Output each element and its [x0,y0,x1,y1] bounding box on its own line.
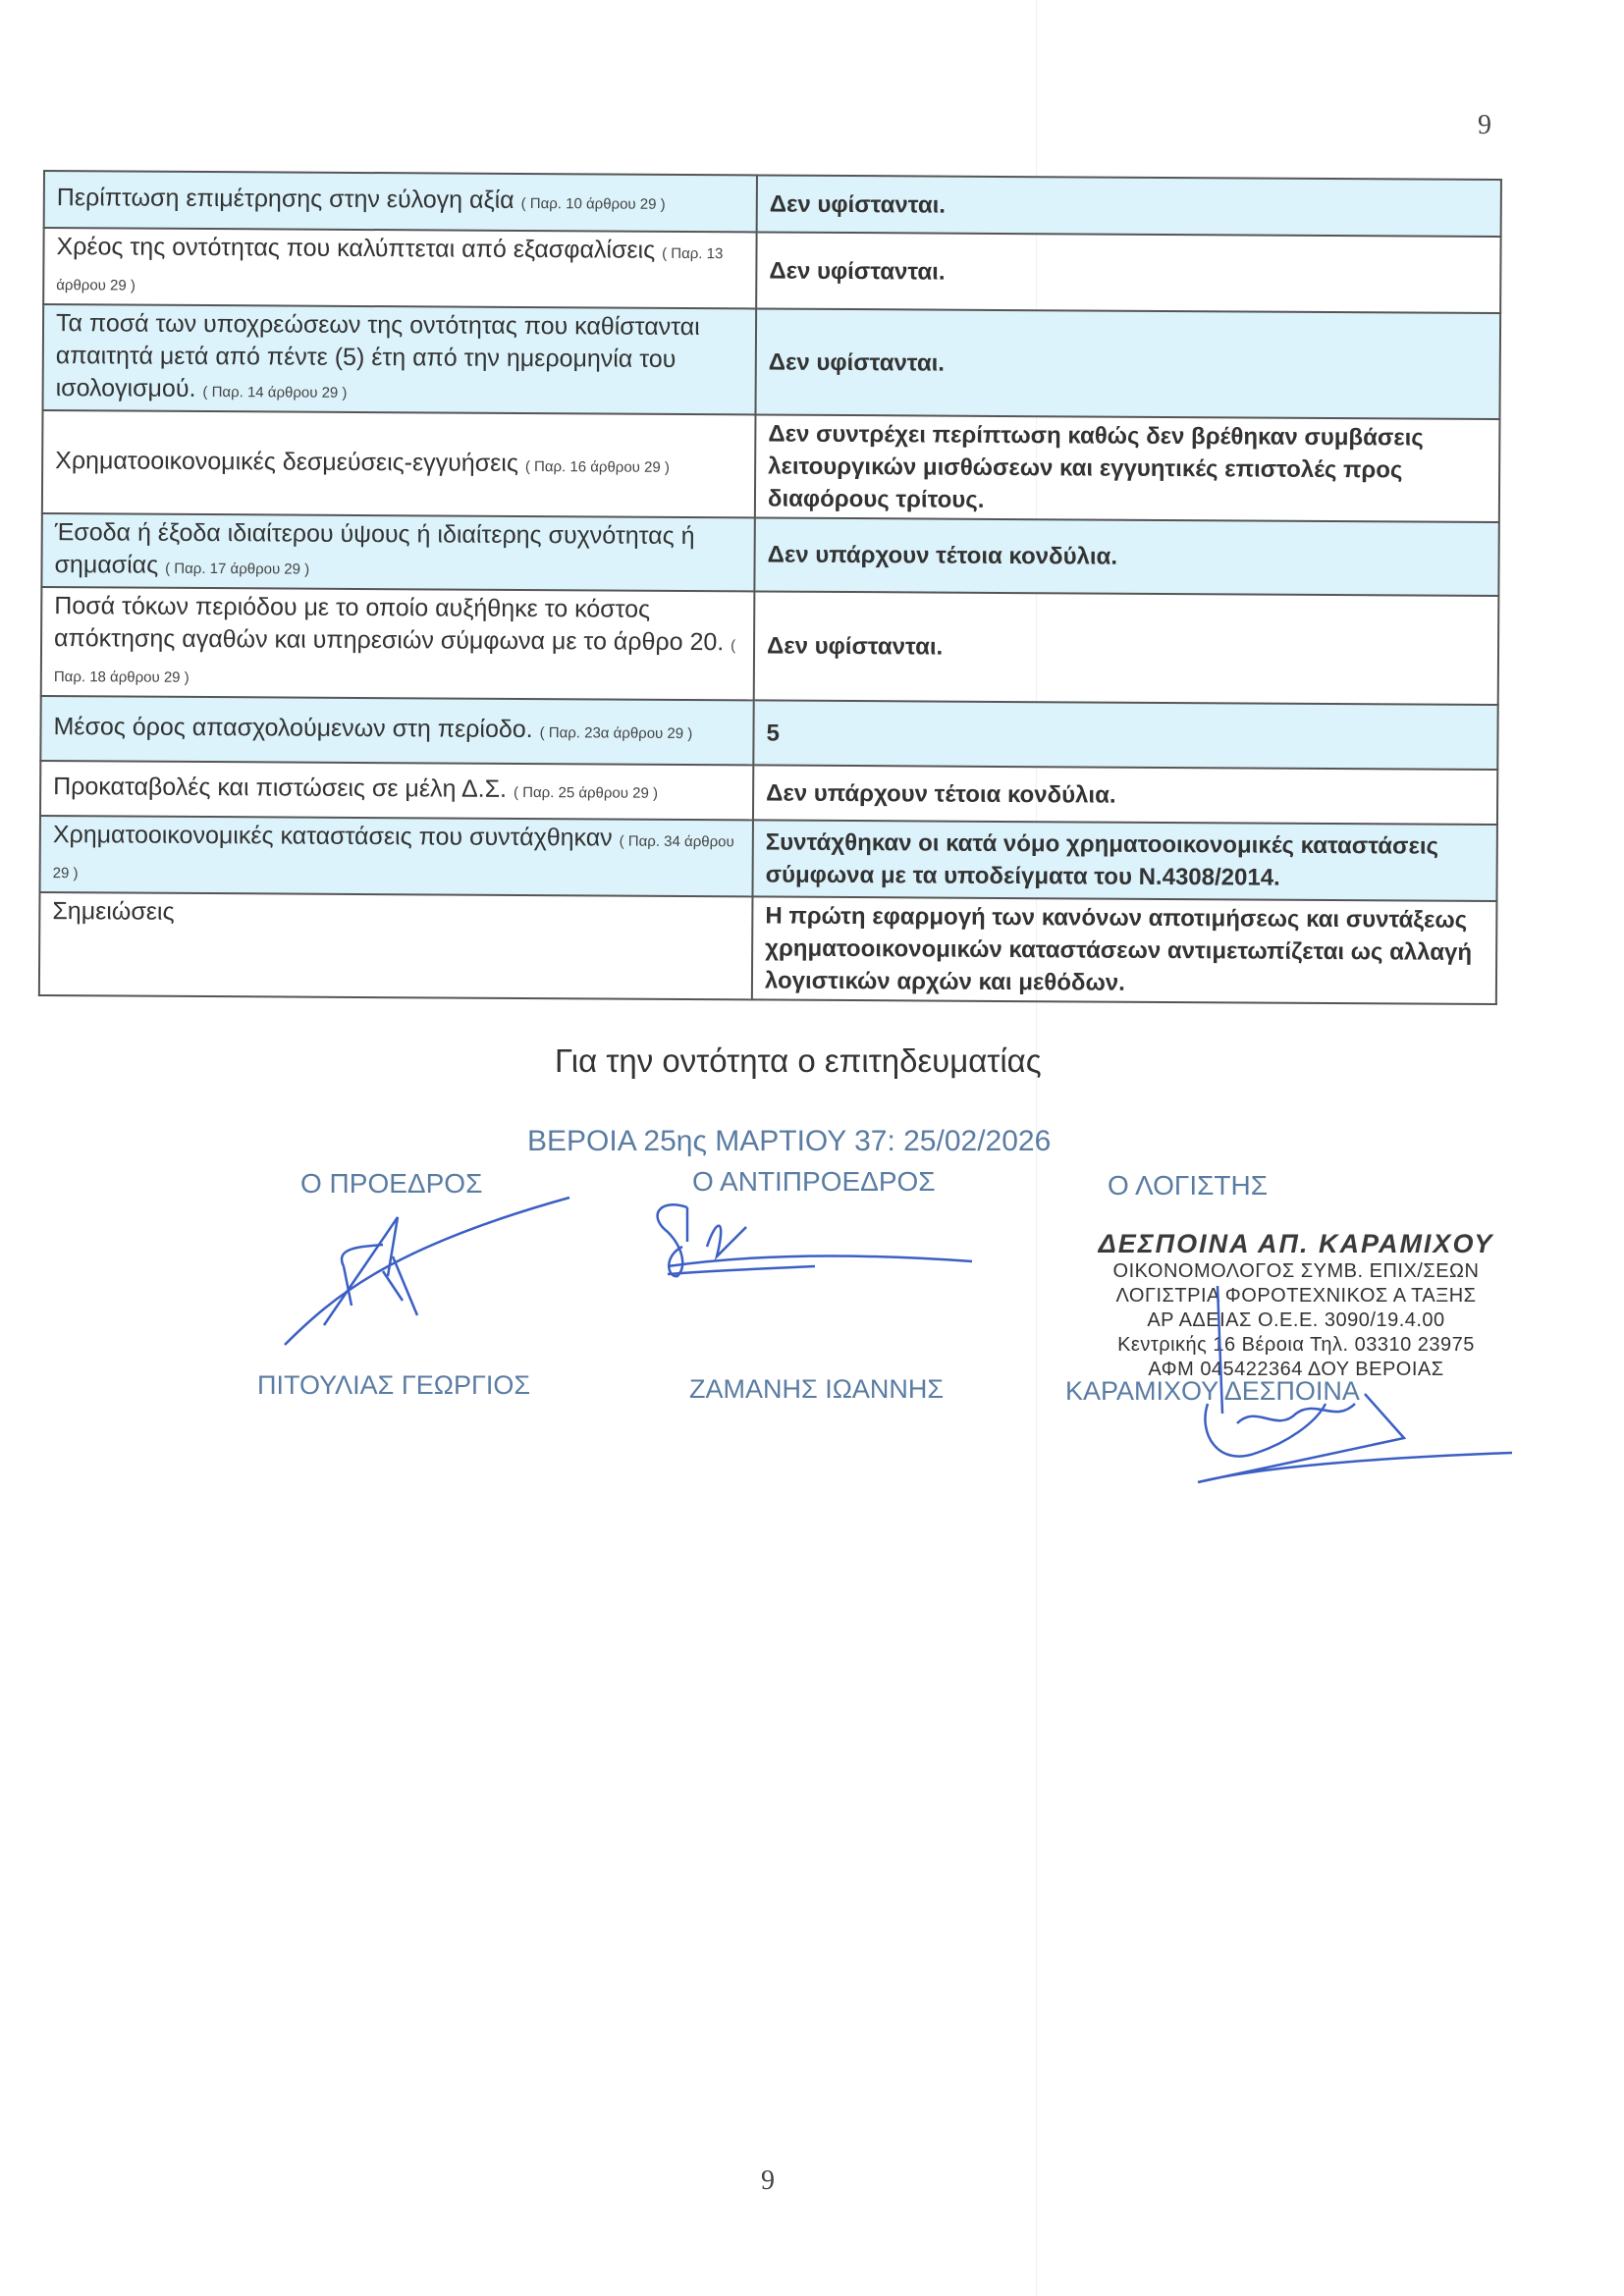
row-label: Μέσος όρος απασχολούμενων στη περίοδο. [53,713,532,743]
table-row: Περίπτωση επιμέτρησης στην εύλογη αξία (… [44,171,1501,237]
row-label-cell: Έσοδα ή έξοδα ιδιαίτερου ύψους ή ιδιαίτε… [41,513,754,591]
president-name: ΠΙΤΟΥΛΙΑΣ ΓΕΩΡΓΙΟΣ [257,1370,530,1401]
row-label: Προκαταβολές και πιστώσεις σε μέλη Δ.Σ. [53,773,507,803]
table-row: Χρηματοοικονομικές δεσμεύσεις-εγγυήσεις … [42,410,1500,522]
row-label: Περίπτωση επιμέτρησης στην εύλογη αξία [57,184,514,214]
row-label: Χρέος της οντότητας που καλύπτεται από ε… [56,233,655,264]
row-label-cell: Περίπτωση επιμέτρησης στην εύλογη αξία (… [44,171,757,232]
table-row: Μέσος όρος απασχολούμενων στη περίοδο. (… [40,696,1497,770]
table-row: Έσοδα ή έξοδα ιδιαίτερου ύψους ή ιδιαίτε… [41,513,1498,596]
place-date: ΒΕΡΟΙΑ 25ης ΜΑΡΤΙΟΥ 37: 25/02/2026 [527,1125,1051,1158]
row-label-cell: Σημειώσεις [39,892,753,999]
page-number-top: 9 [1478,110,1491,141]
row-value: Δεν υπάρχουν τέτοια κονδύλια. [754,517,1498,596]
vice-president-signature-icon [540,1188,795,1286]
row-label-cell: Χρηματοοικονομικές καταστάσεις που συντά… [40,816,753,896]
row-label: Τα ποσά των υποχρεώσεων της οντότητας πο… [56,309,700,402]
article-reference: ( Παρ. 16 άρθρου 29 ) [525,458,670,476]
row-label: Σημειώσεις [52,897,174,926]
article-reference: ( Παρ. 10 άρθρου 29 ) [521,195,666,213]
row-value: Δεν υφίστανται. [755,308,1500,419]
row-label: Ποσά τόκων περιόδου με το οποίο αυξήθηκε… [54,592,724,656]
table-row: Τα ποσά των υποχρεώσεων της οντότητας πο… [43,304,1501,419]
article-reference: ( Παρ. 25 άρθρου 29 ) [514,784,658,802]
row-value: Δεν υπάρχουν τέτοια κονδύλια. [753,765,1497,825]
row-label-cell: Μέσος όρος απασχολούμενων στη περίοδο. (… [40,696,753,765]
table-row: Ποσά τόκων περιόδου με το οποίο αυξήθηκε… [41,587,1499,705]
row-value: Δεν υφίστανται. [757,175,1501,237]
row-value: Δεν υφίστανται. [756,232,1500,313]
notes-table: Περίπτωση επιμέτρησης στην εύλογη αξία (… [38,170,1502,1005]
row-label-cell: Χρηματοοικονομικές δεσμεύσεις-εγγυήσεις … [42,410,756,517]
article-reference: ( Παρ. 23α άρθρου 29 ) [540,724,693,742]
row-value: Η πρώτη εφαρμογή των κανόνων αποτιμήσεως… [752,896,1497,1004]
stamp-title: ΔΕΣΠΟΙΝΑ ΑΠ. ΚΑΡΑΜΙΧΟΥ [1080,1229,1512,1259]
table-row: Χρηματοοικονομικές καταστάσεις που συντά… [40,816,1497,901]
page-number-bottom: 9 [761,2165,775,2197]
row-label: Χρηματοοικονομικές καταστάσεις που συντά… [53,821,613,851]
article-reference: ( Παρ. 17 άρθρου 29 ) [165,561,309,578]
article-reference: ( Παρ. 14 άρθρου 29 ) [202,384,347,401]
row-label: Έσοδα ή έξοδα ιδιαίτερου ύψους ή ιδιαίτε… [54,518,694,579]
row-label-cell: Προκαταβολές και πιστώσεις σε μέλη Δ.Σ. … [40,761,753,820]
row-value: Δεν συντρέχει περίπτωση καθώς δεν βρέθηκ… [755,414,1500,522]
row-value: Συντάχθηκαν οι κατά νόμο χρηματοοικονομι… [752,820,1496,901]
row-value: Δεν υφίστανται. [754,591,1499,705]
row-label-cell: Τα ποσά των υποχρεώσεων της οντότητας πο… [43,304,757,414]
vice-president-name: ΖΑΜΑΝΗΣ ΙΩΑΝΝΗΣ [689,1374,944,1405]
row-label-cell: Ποσά τόκων περιόδου με το οποίο αυξήθηκε… [41,587,755,700]
entity-heading: Για την οντότητα ο επιτηδευματίας [555,1042,1042,1080]
table-row: Χρέος της οντότητας που καλύπτεται από ε… [43,228,1500,313]
table-row: Προκαταβολές και πιστώσεις σε μέλη Δ.Σ. … [40,761,1497,825]
table-row: ΣημειώσειςΗ πρώτη εφαρμογή των κανόνων α… [39,892,1497,1004]
row-value: 5 [753,700,1497,770]
accountant-signature-icon [1178,1266,1532,1502]
row-label-cell: Χρέος της οντότητας που καλύπτεται από ε… [43,228,756,308]
row-label: Χρηματοοικονομικές δεσμεύσεις-εγγυήσεις [55,447,518,477]
accountant-role: Ο ΛΟΓΙΣΤΗΣ [1108,1170,1268,1201]
